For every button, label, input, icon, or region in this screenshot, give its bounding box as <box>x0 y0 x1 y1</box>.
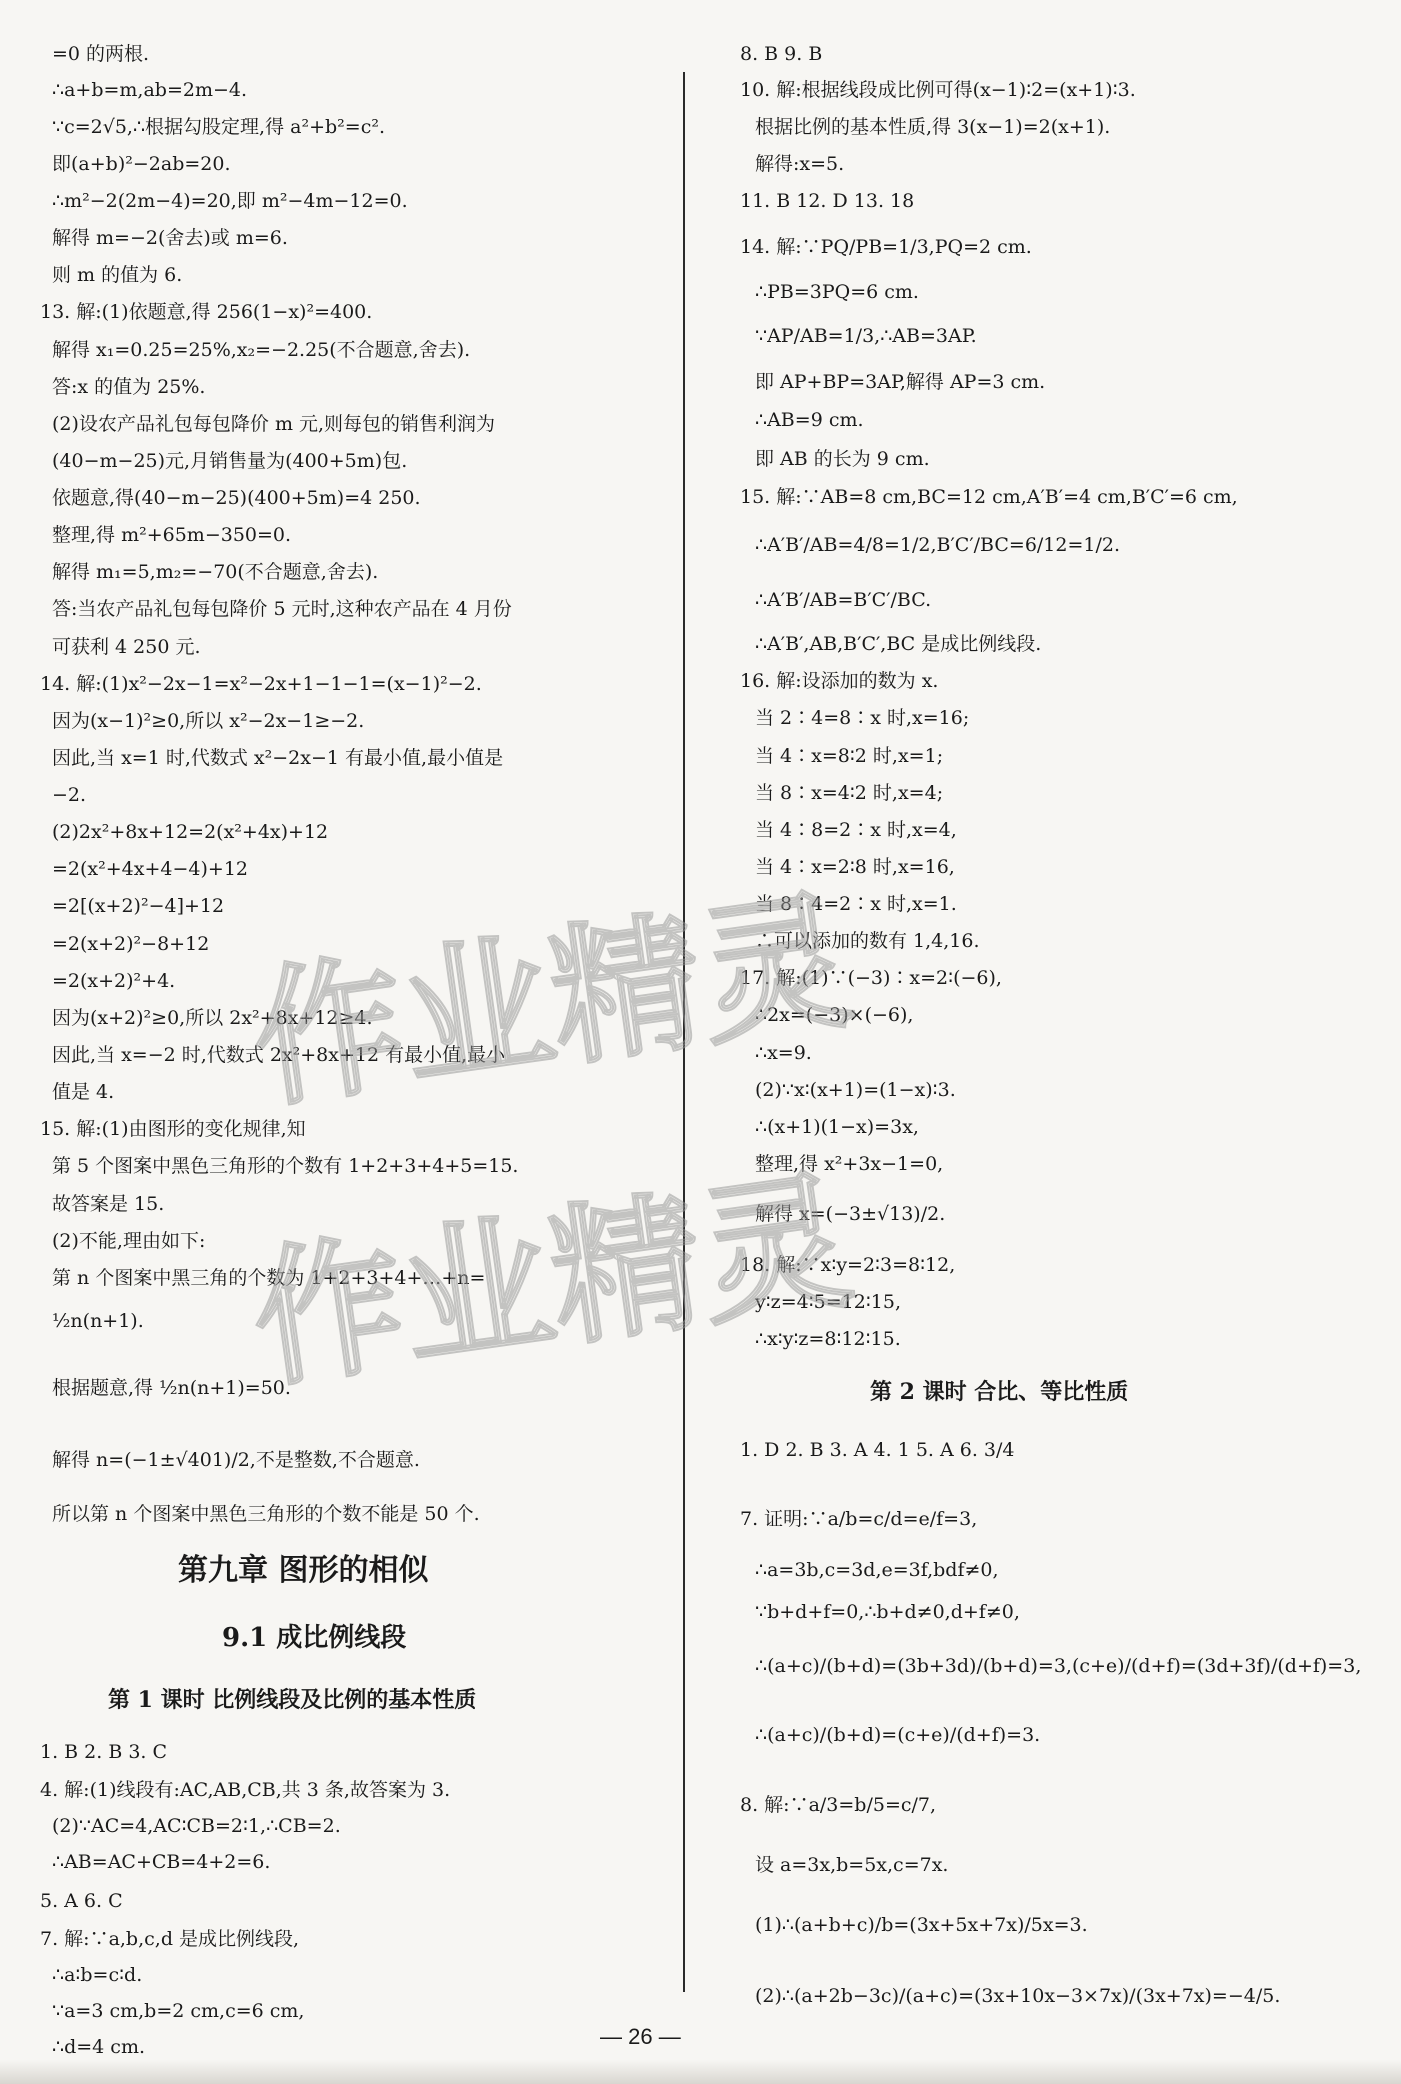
answer-line: ∴(a+c)/(b+d)=(c+e)/(d+f)=3. <box>755 1722 1040 1748</box>
lesson-heading: 第 2 课时 合比、等比性质 <box>870 1375 1128 1406</box>
answer-line: (2)2x²+8x+12=2(x²+4x)+12 <box>52 819 328 845</box>
page-curl-shadow <box>0 2060 1401 2084</box>
answer-line: 依题意,得(40−m−25)(400+5m)=4 250. <box>52 485 421 511</box>
answer-line: 设 a=3x,b=5x,c=7x. <box>755 1852 948 1878</box>
section-heading: 9.1 成比例线段 <box>222 1617 406 1654</box>
answer-line: −2. <box>52 782 86 808</box>
answer-line: ∴a+b=m,ab=2m−4. <box>52 77 247 103</box>
answer-line: 当 4∶x=8∶2 时,x=1; <box>755 743 943 769</box>
answer-line: ∴d=4 cm. <box>52 2034 145 2060</box>
lesson-heading: 第 1 课时 比例线段及比例的基本性质 <box>108 1683 476 1714</box>
question-line: 8. B 9. B <box>740 41 822 67</box>
answer-line: ½n(n+1). <box>52 1308 144 1334</box>
question-line: 14. 解:∵PQ/PB=1/3,PQ=2 cm. <box>740 234 1032 260</box>
question-line: 4. 解:(1)线段有:AC,AB,CB,共 3 条,故答案为 3. <box>40 1777 450 1803</box>
question-line: 15. 解:∵AB=8 cm,BC=12 cm,A′B′=4 cm,B′C′=6… <box>740 484 1238 510</box>
answer-line: 答:当农产品礼包每包降价 5 元时,这种农产品在 4 月份 <box>52 596 512 622</box>
answer-line: 解得 n=(−1±√401)/2,不是整数,不合题意. <box>52 1447 420 1473</box>
question-line: 5. A 6. C <box>40 1888 123 1914</box>
answer-line: (1)∴(a+b+c)/b=(3x+5x+7x)/5x=3. <box>755 1912 1088 1938</box>
answer-line: =2(x+2)²+4. <box>52 968 175 994</box>
answer-line: =2[(x+2)²−4]+12 <box>52 893 224 919</box>
answer-line: 解得 m₁=5,m₂=−70(不合题意,舍去). <box>52 559 378 585</box>
answer-line: ∴A′B′/AB=B′C′/BC. <box>755 587 931 613</box>
answer-line: 解得 m=−2(舍去)或 m=6. <box>52 225 288 251</box>
answer-line: 即(a+b)²−2ab=20. <box>52 151 231 177</box>
answer-line: 即 AP+BP=3AP,解得 AP=3 cm. <box>755 369 1045 395</box>
question-line: 14. 解:(1)x²−2x−1=x²−2x+1−1−1=(x−1)²−2. <box>40 671 482 697</box>
chapter-heading: 第九章 图形的相似 <box>178 1545 428 1589</box>
answer-line: ∵a=3 cm,b=2 cm,c=6 cm, <box>52 1998 304 2024</box>
answer-line: ∵AP/AB=1/3,∴AB=3AP. <box>755 323 977 349</box>
answer-line: ∴A′B′/AB=4/8=1/2,B′C′/BC=6/12=1/2. <box>755 532 1120 558</box>
answer-line: (2)∵x∶(x+1)=(1−x)∶3. <box>755 1077 956 1103</box>
answer-key-page: =0 的两根.∴a+b=m,ab=2m−4.∵c=2√5,∴根据勾股定理,得 a… <box>0 0 1401 2084</box>
answer-line: 值是 4. <box>52 1079 114 1105</box>
answer-line: 因为(x−1)²≥0,所以 x²−2x−1≥−2. <box>52 708 364 734</box>
answer-line: 故答案是 15. <box>52 1191 164 1217</box>
answer-line: 答:x 的值为 25%. <box>52 374 205 400</box>
question-line: 13. 解:(1)依题意,得 256(1−x)²=400. <box>40 299 372 325</box>
question-line: 1. B 2. B 3. C <box>40 1739 167 1765</box>
page-number: — 26 — <box>600 2024 681 2050</box>
answer-line: 当 2∶4=8∶x 时,x=16; <box>755 705 969 731</box>
answer-line: =0 的两根. <box>52 41 149 67</box>
answer-line: (2)设农产品礼包每包降价 m 元,则每包的销售利润为 <box>52 411 495 437</box>
answer-line: 当 4∶8=2∶x 时,x=4, <box>755 817 957 843</box>
answer-line: =2(x+2)²−8+12 <box>52 931 209 957</box>
answer-line: ∵c=2√5,∴根据勾股定理,得 a²+b²=c². <box>52 114 385 140</box>
answer-line: =2(x²+4x+4−4)+12 <box>52 856 248 882</box>
question-line: 16. 解:设添加的数为 x. <box>740 668 938 694</box>
question-line: 8. 解:∵a/3=b/5=c/7, <box>740 1792 936 1818</box>
answer-line: ∴a=3b,c=3d,e=3f,bdf≠0, <box>755 1557 999 1583</box>
answer-line: (2)∴(a+2b−3c)/(a+c)=(3x+10x−3×7x)/(3x+7x… <box>755 1983 1280 2009</box>
answer-line: ∵b+d+f=0,∴b+d≠0,d+f≠0, <box>755 1599 1020 1625</box>
answer-line: ∴(a+c)/(b+d)=(3b+3d)/(b+d)=3,(c+e)/(d+f)… <box>755 1653 1361 1679</box>
answer-line: ∴PB=3PQ=6 cm. <box>755 279 919 305</box>
answer-line: ∴m²−2(2m−4)=20,即 m²−4m−12=0. <box>52 188 408 214</box>
answer-line: 整理,得 m²+65m−350=0. <box>52 522 291 548</box>
answer-line: ∴AB=9 cm. <box>755 407 864 433</box>
answer-line: 所以第 n 个图案中黑色三角形的个数不能是 50 个. <box>52 1501 480 1527</box>
answer-line: 解得:x=5. <box>755 151 844 177</box>
answer-line: ∴AB=AC+CB=4+2=6. <box>52 1849 270 1875</box>
answer-line: ∴A′B′,AB,B′C′,BC 是成比例线段. <box>755 631 1041 657</box>
answer-line: ∴a∶b=c∶d. <box>52 1962 142 1988</box>
answer-line: 根据题意,得 ½n(n+1)=50. <box>52 1375 291 1401</box>
question-line: 7. 解:∵a,b,c,d 是成比例线段, <box>40 1926 299 1952</box>
answer-line: 即 AB 的长为 9 cm. <box>755 446 930 472</box>
answer-line: 可获利 4 250 元. <box>52 634 201 660</box>
question-line: 11. B 12. D 13. 18 <box>740 188 914 214</box>
answer-line: 当 8∶x=4∶2 时,x=4; <box>755 780 943 806</box>
question-line: 7. 证明:∵a/b=c/d=e/f=3, <box>740 1506 977 1532</box>
answer-line: 根据比例的基本性质,得 3(x−1)=2(x+1). <box>755 114 1110 140</box>
question-line: 10. 解:根据线段成比例可得(x−1)∶2=(x+1)∶3. <box>740 77 1136 103</box>
answer-line: 则 m 的值为 6. <box>52 262 182 288</box>
answer-line: (2)不能,理由如下: <box>52 1228 205 1254</box>
answer-line: (2)∵AC=4,AC∶CB=2∶1,∴CB=2. <box>52 1813 341 1839</box>
answer-line: 解得 x₁=0.25=25%,x₂=−2.25(不合题意,舍去). <box>52 337 470 363</box>
answer-line: 因此,当 x=1 时,代数式 x²−2x−1 有最小值,最小值是 <box>52 745 503 771</box>
answer-line: (40−m−25)元,月销售量为(400+5m)包. <box>52 448 407 474</box>
question-line: 1. D 2. B 3. A 4. 1 5. A 6. 3/4 <box>740 1437 1015 1463</box>
